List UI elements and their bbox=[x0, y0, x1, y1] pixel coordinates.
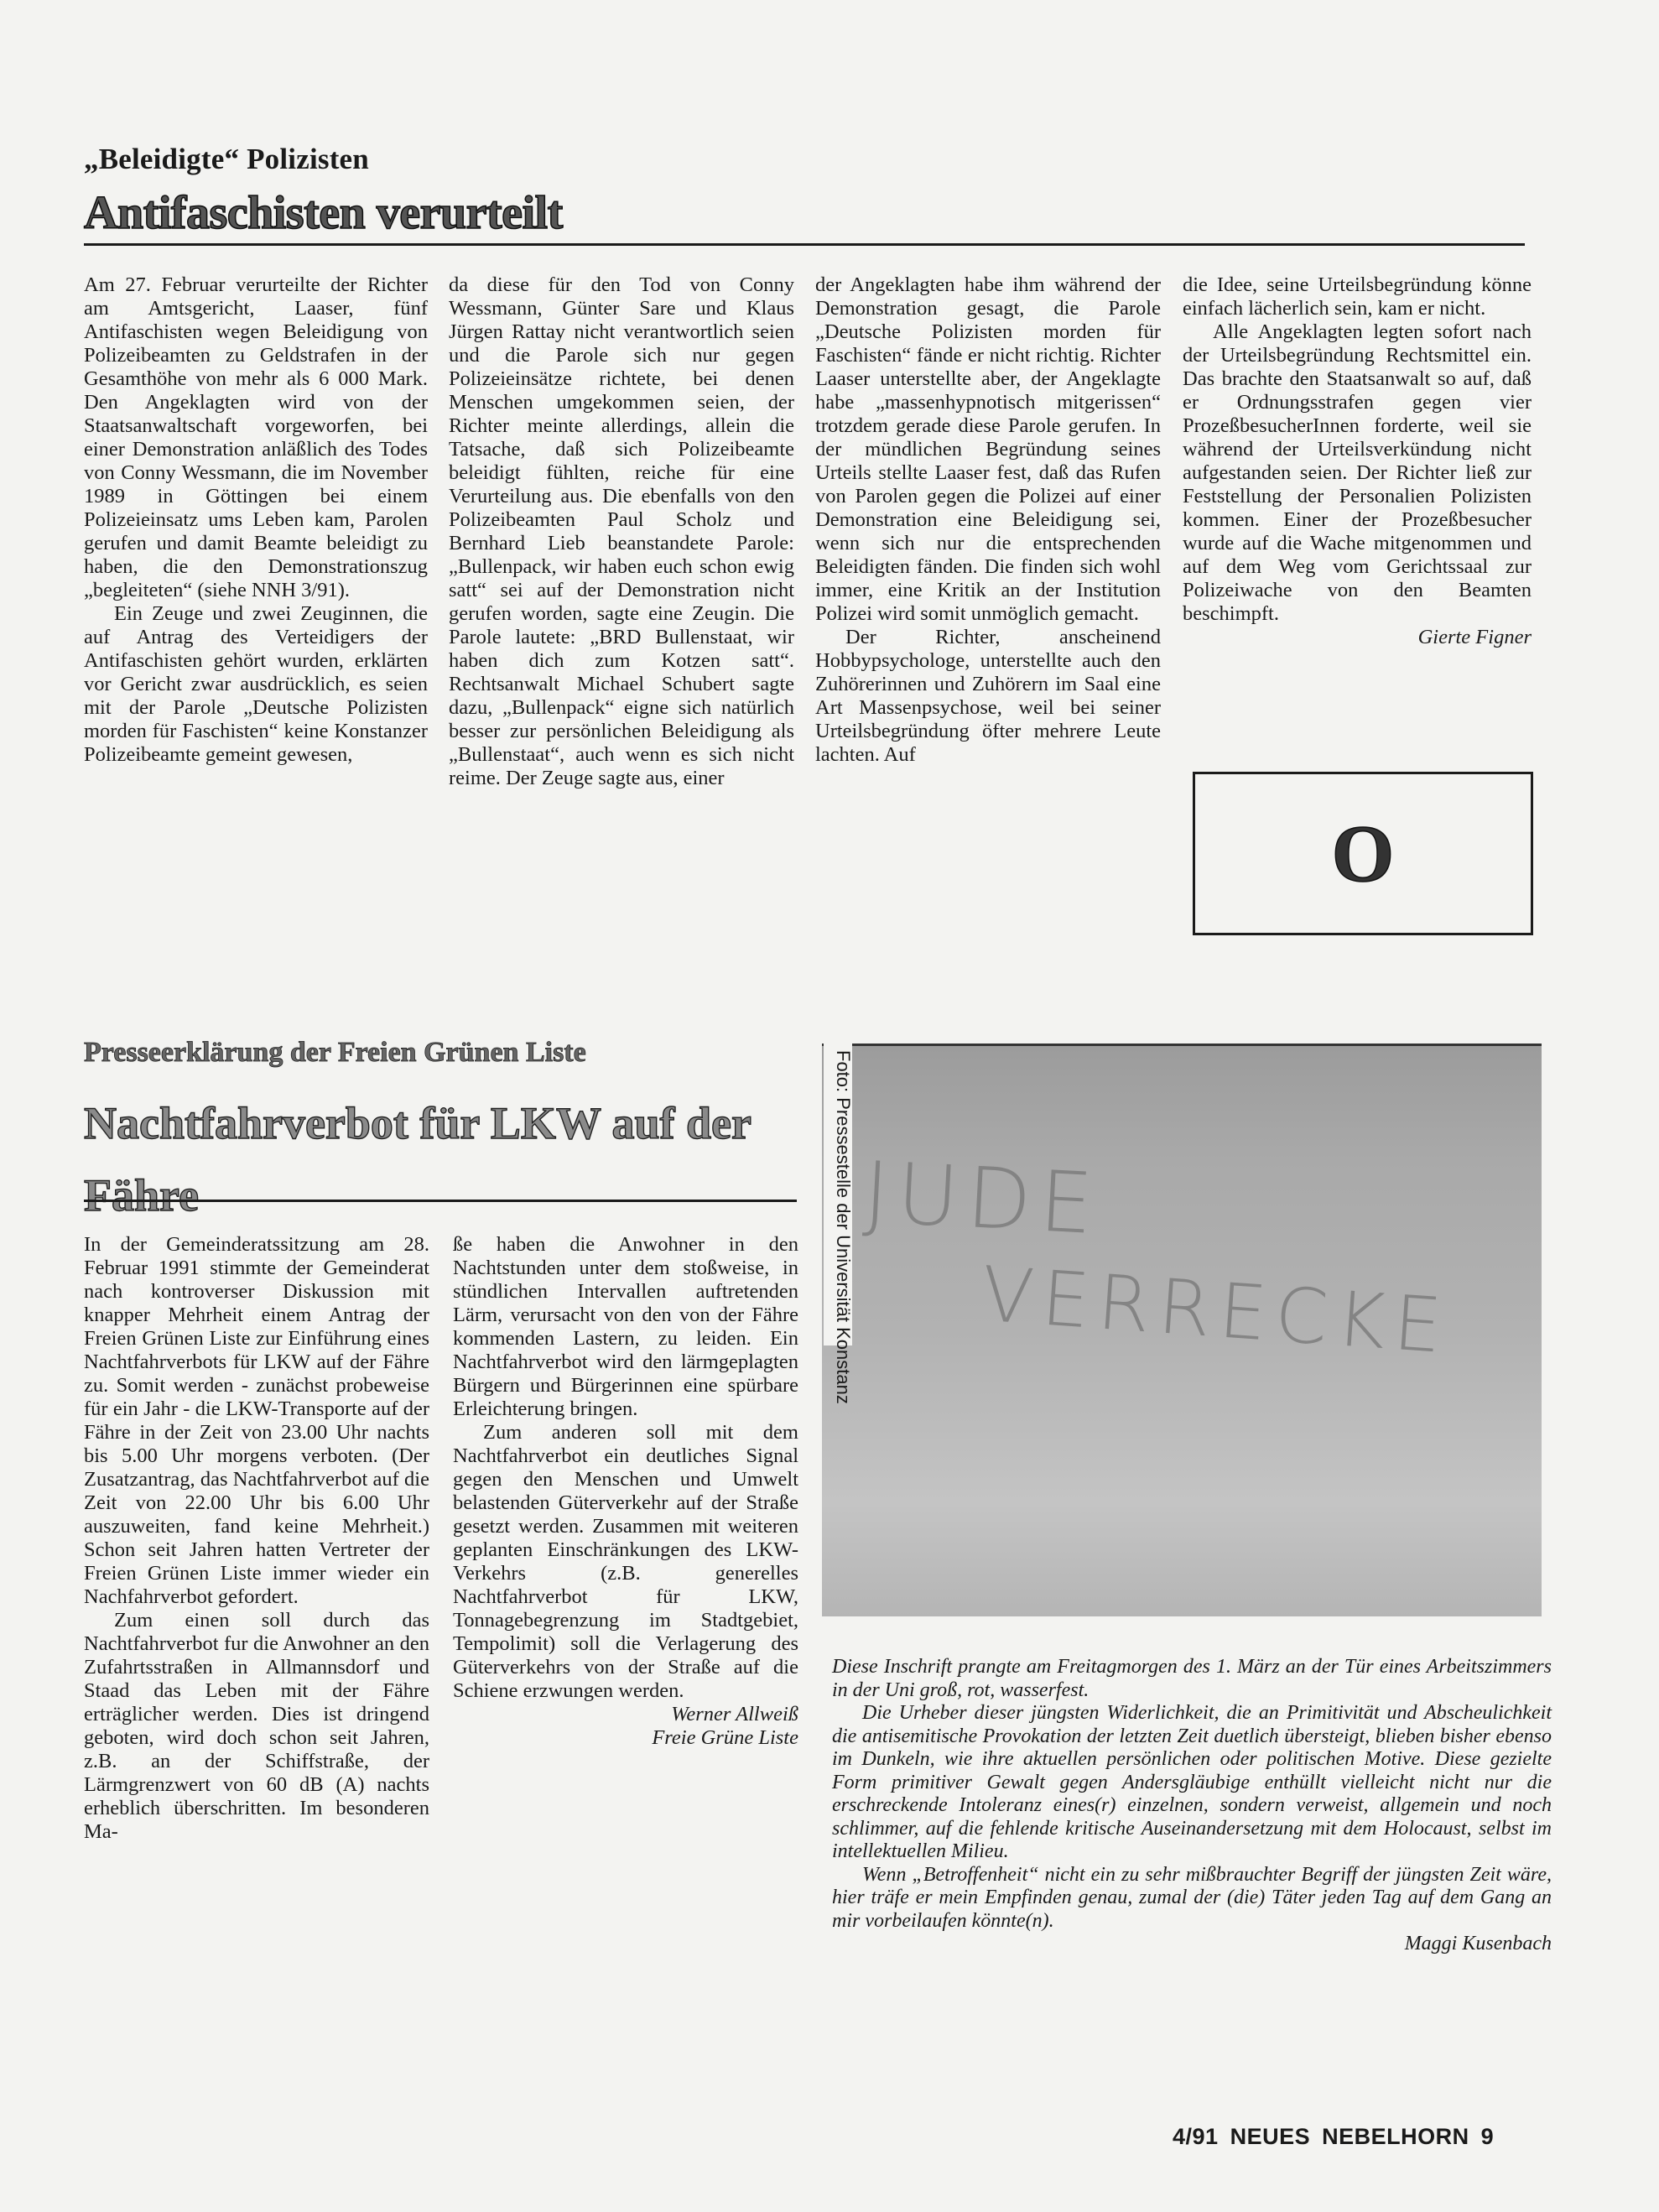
article2-column-1: In der Gemeinderatssitzung am 28. Februa… bbox=[84, 1233, 429, 1844]
article2-rule bbox=[84, 1200, 797, 1202]
article2-headline: Nachtfahrverbot für LKW auf der Fähre bbox=[84, 1087, 805, 1231]
paragraph: Am 27. Februar verurteilte der Richter a… bbox=[84, 273, 428, 602]
caption-paragraph: Diese Inschrift prangte am Freitagmorgen… bbox=[832, 1656, 1552, 1702]
graffiti-text-line1: JUDE bbox=[861, 1143, 1104, 1254]
paragraph: Ein Zeuge und zwei Zeuginnen, die auf An… bbox=[84, 602, 428, 767]
end-mark-box: O bbox=[1193, 772, 1533, 935]
article1-column-2: da diese für den Tod von Conny Wessmann,… bbox=[449, 273, 794, 790]
article2-kicker: Presseerklärung der Freien Grünen Liste bbox=[84, 1037, 586, 1069]
paragraph: ße haben die Anwohner in den Nachtstunde… bbox=[453, 1233, 798, 1421]
article1-kicker: „Beleidigte“ Polizisten bbox=[84, 143, 369, 176]
paragraph: In der Gemeinderatssitzung am 28. Februa… bbox=[84, 1233, 429, 1609]
publication-name: NEUES NEBELHORN bbox=[1230, 2124, 1469, 2149]
article2-author-org: Freie Grüne Liste bbox=[453, 1726, 798, 1750]
paragraph: die Idee, seine Urteilsbegründung könne … bbox=[1183, 273, 1532, 320]
paragraph: Alle Angeklagten legten sofort nach der … bbox=[1183, 320, 1532, 626]
page-footer: 4/91 NEUES NEBELHORN 9 bbox=[1173, 2124, 1494, 2150]
paragraph: Zum einen soll durch das Nachtfahrverbot… bbox=[84, 1609, 429, 1844]
paragraph: der Angeklagten habe ihm während der Dem… bbox=[815, 273, 1161, 626]
article1-column-4: die Idee, seine Urteilsbegründung könne … bbox=[1183, 273, 1532, 649]
paragraph: Zum anderen soll mit dem Nachtfahrverbot… bbox=[453, 1421, 798, 1703]
caption-paragraph: Wenn „Betroffenheit“ nicht ein zu sehr m… bbox=[832, 1864, 1552, 1934]
article2-author: Werner Allweiß bbox=[453, 1703, 798, 1726]
issue-number: 4/91 bbox=[1173, 2124, 1219, 2149]
paragraph: Der Richter, anscheinend Hobbypsychologe… bbox=[815, 626, 1161, 767]
photo-caption: Diese Inschrift prangte am Freitagmorgen… bbox=[832, 1656, 1552, 1956]
end-mark-icon: O bbox=[1332, 814, 1395, 894]
article1-column-3: der Angeklagten habe ihm während der Dem… bbox=[815, 273, 1161, 767]
article1-headline: Antifaschisten verurteilt bbox=[84, 186, 563, 240]
caption-paragraph: Die Urheber dieser jüngsten Widerlichkei… bbox=[832, 1702, 1552, 1864]
article1-author: Gierte Figner bbox=[1418, 626, 1532, 649]
paragraph: da diese für den Tod von Conny Wessmann,… bbox=[449, 273, 794, 790]
page-number: 9 bbox=[1481, 2124, 1495, 2149]
article2-column-2: ße haben die Anwohner in den Nachtstunde… bbox=[453, 1233, 798, 1750]
photo-credit: Foto: Pressestelle der Universität Konst… bbox=[832, 1050, 854, 1404]
caption-author: Maggi Kusenbach bbox=[832, 1933, 1552, 1956]
article1-rule bbox=[84, 243, 1525, 246]
photo-credit-strip: Foto: Pressestelle der Universität Konst… bbox=[824, 1044, 852, 1345]
article1-column-1: Am 27. Februar verurteilte der Richter a… bbox=[84, 273, 428, 767]
